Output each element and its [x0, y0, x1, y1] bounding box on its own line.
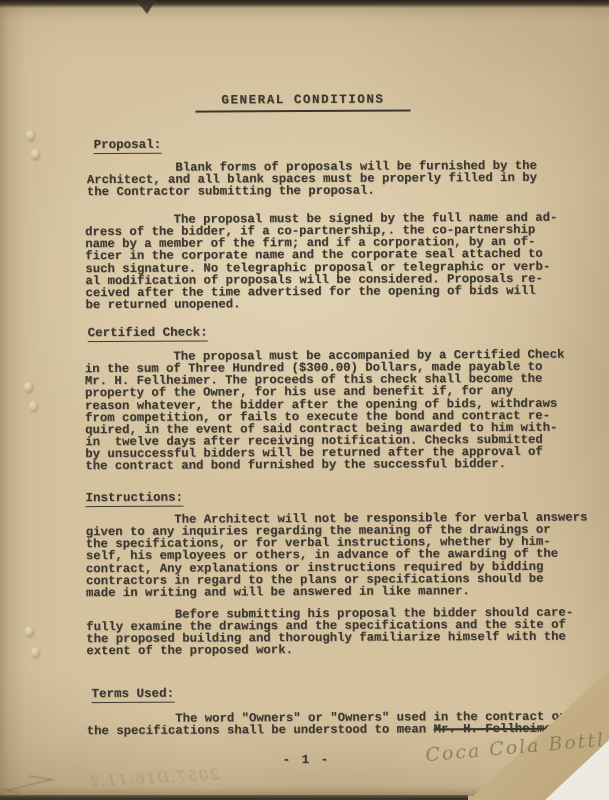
- typewritten-content: GENERAL CONDITIONS Proposal: Blank forms…: [0, 0, 609, 800]
- staple-hole: [26, 130, 34, 140]
- terms-paragraph: The word "Owners" or "Owners" used in th…: [87, 711, 567, 738]
- top-scan-edge: [0, 0, 609, 8]
- section-heading-terms-used: Terms Used:: [92, 687, 175, 703]
- staple-hole: [29, 401, 37, 411]
- staple-hole: [24, 382, 32, 392]
- paragraph: Blank forms of proposals will be furnish…: [87, 160, 537, 199]
- document-title: GENERAL CONDITIONS: [195, 92, 410, 112]
- paper-sheet: GENERAL CONDITIONS Proposal: Blank forms…: [0, 0, 609, 800]
- staple-hole: [31, 647, 39, 657]
- title-row: GENERAL CONDITIONS: [0, 88, 607, 113]
- scanned-document-page: GENERAL CONDITIONS Proposal: Blank forms…: [0, 0, 609, 800]
- terms-line-2: the specifications shall be understood t…: [87, 722, 434, 738]
- staple-hole: [31, 149, 39, 159]
- paragraph: The proposal must be accompanied by a Ce…: [85, 349, 565, 473]
- paragraph: The proposal must be signed by the full …: [85, 212, 558, 312]
- section-heading-instructions: Instructions:: [85, 491, 183, 508]
- paragraph: Before submitting his proposal the bidde…: [86, 607, 573, 658]
- staple-hole: [25, 626, 33, 636]
- paragraph: The Architect will not be responsible fo…: [86, 512, 588, 600]
- section-heading-proposal: Proposal:: [94, 138, 162, 154]
- section-heading-certified-check: Certified Check:: [88, 326, 208, 343]
- bottom-scan-edge: [0, 795, 468, 800]
